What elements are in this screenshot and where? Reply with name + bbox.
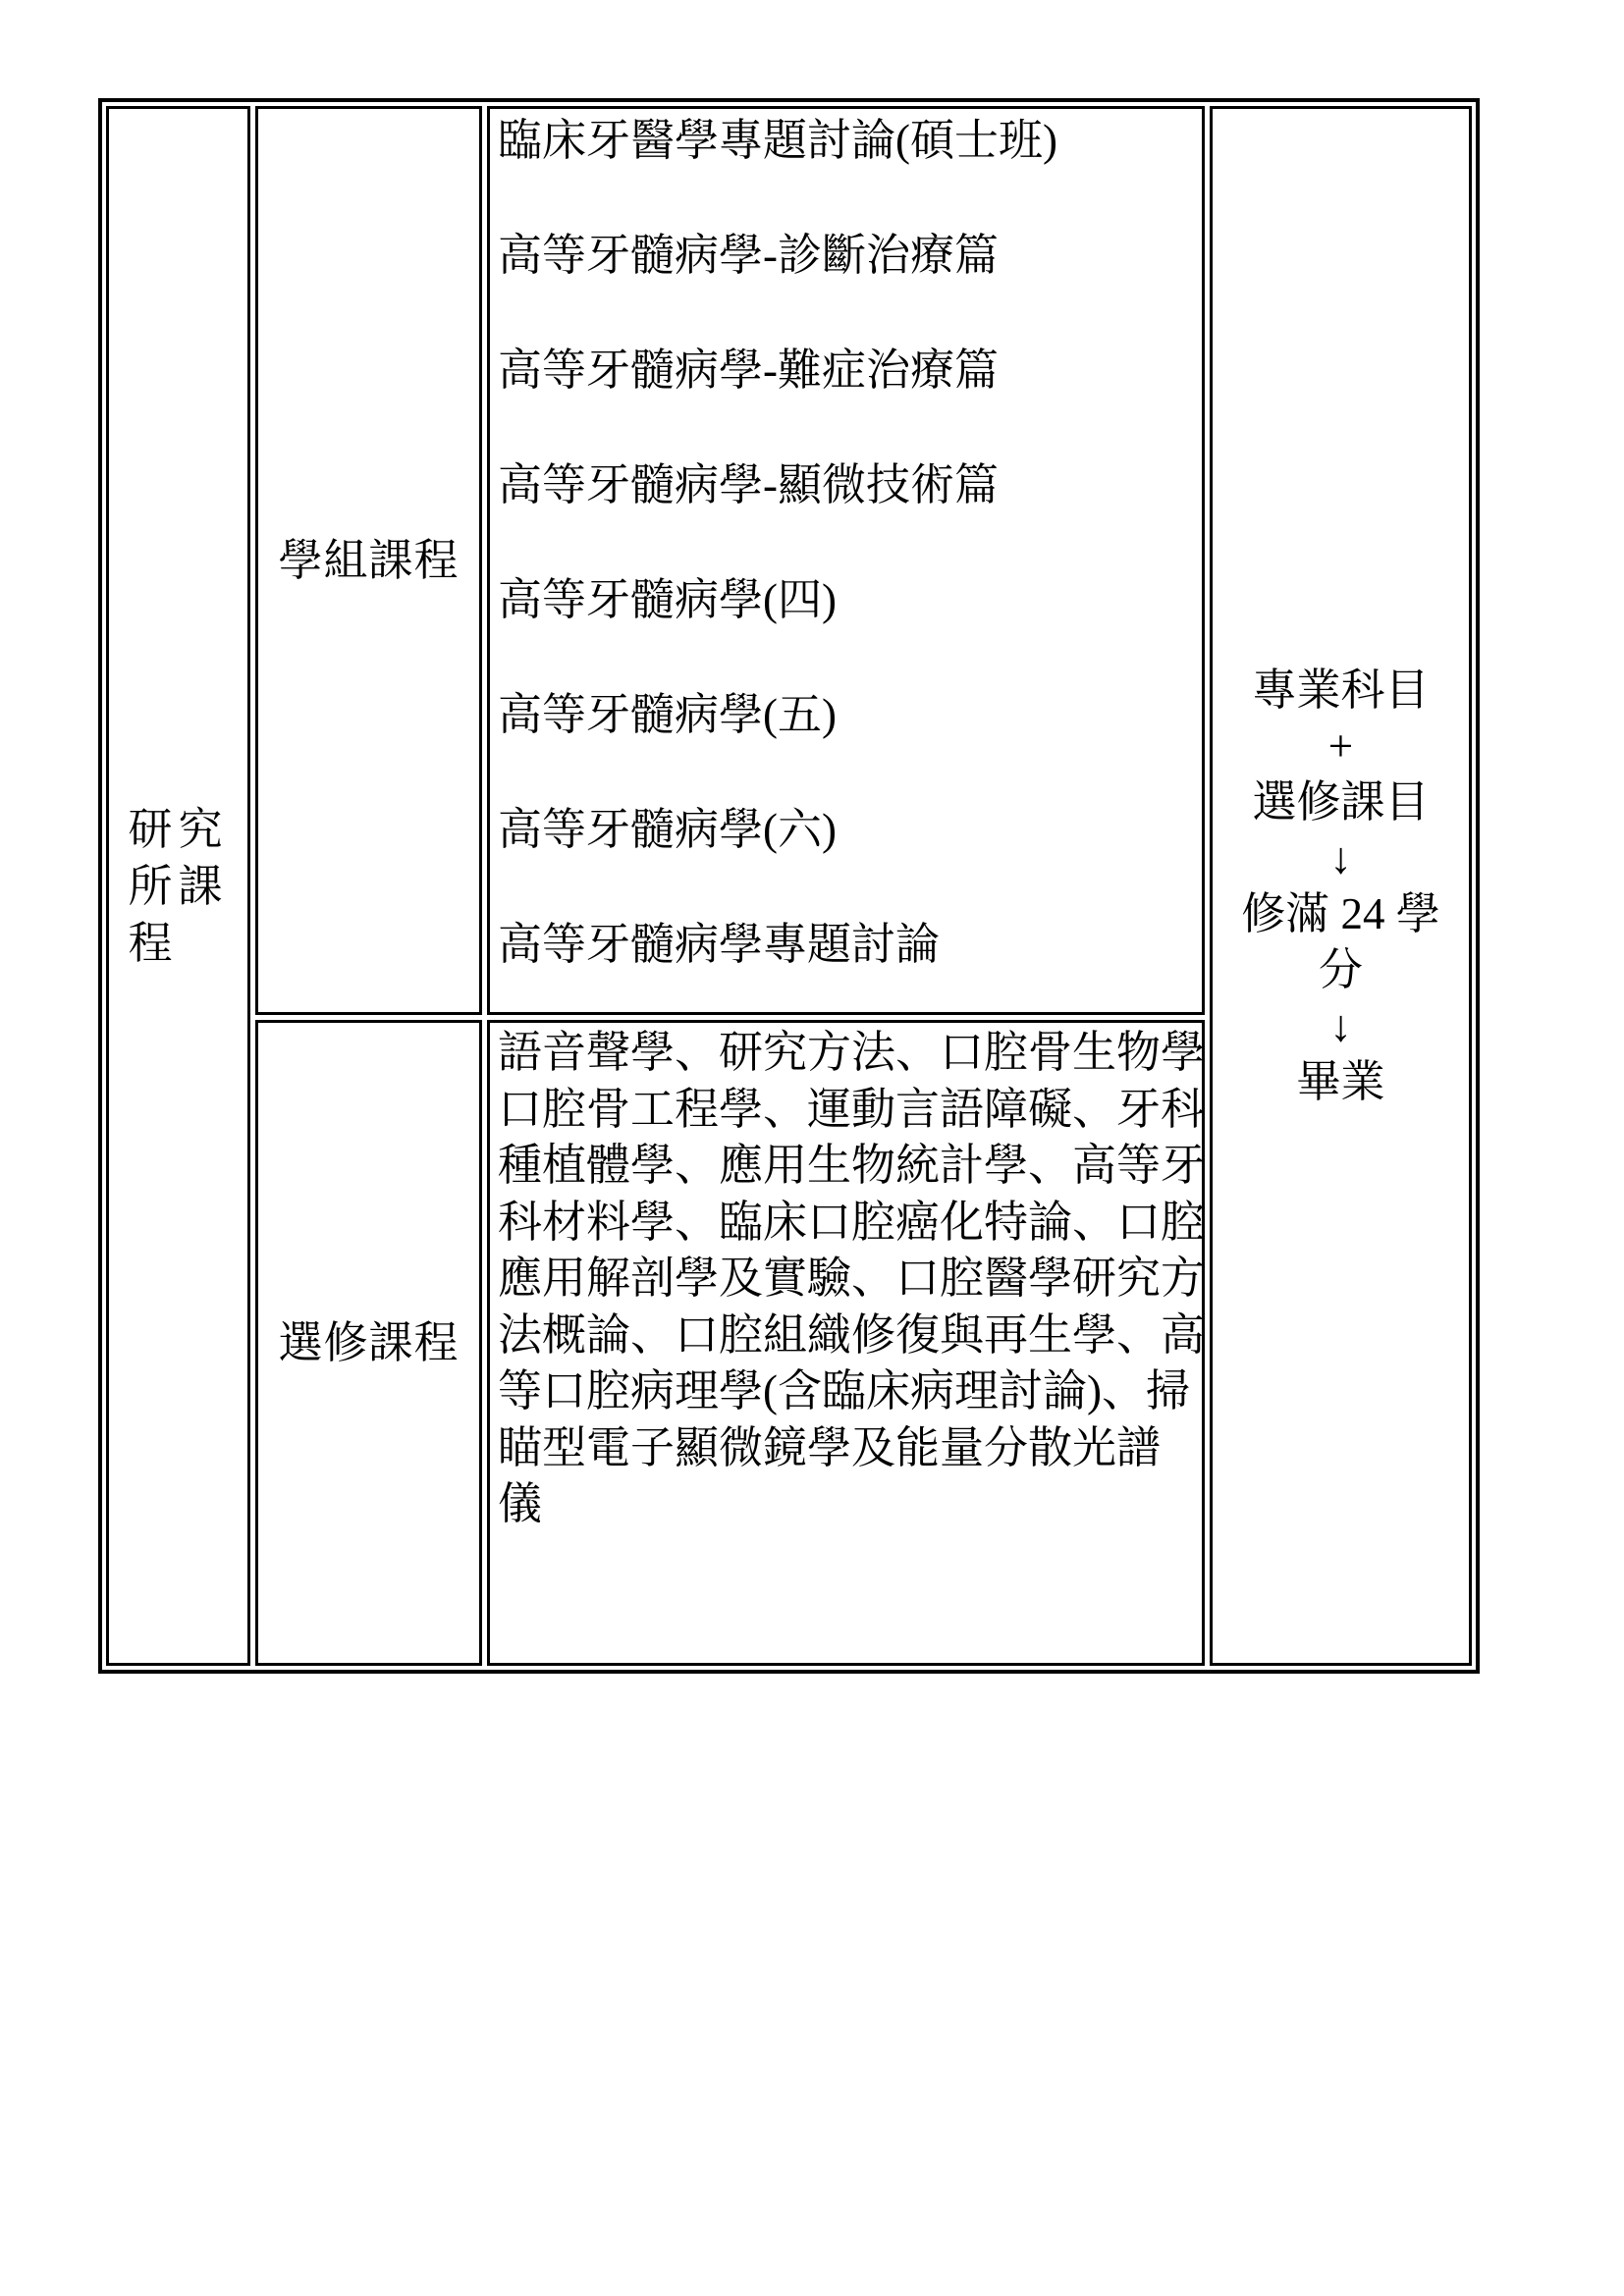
- group-course-list: 臨床牙醫學專題討論(碩士班)高等牙髓病學-診斷治療篇高等牙髓病學-難症治療篇高等…: [498, 112, 1198, 973]
- elective-text-line: 口腔骨工程學、運動言語障礙、牙科: [498, 1082, 1200, 1139]
- elective-course-text: 語音聲學、研究方法、口腔骨生物學、口腔骨工程學、運動言語障礙、牙科種植體學、應用…: [498, 1025, 1200, 1533]
- category-cell-elective-courses: 選修課程: [255, 1020, 482, 1666]
- row-group-label-line: 所課: [128, 858, 228, 915]
- requirement-flow-line: 修滿 24 學: [1241, 886, 1440, 942]
- curriculum-table: 研究所課程 學組課程 臨床牙醫學專題討論(碩士班)高等牙髓病學-診斷治療篇高等牙…: [98, 98, 1480, 1674]
- requirement-flow-line: 選修課目: [1241, 774, 1440, 830]
- course-line: 高等牙髓病學-診斷治療篇: [498, 227, 1198, 284]
- row-group-label-line: 研究: [128, 801, 228, 858]
- category-cell-group-courses: 學組課程: [255, 106, 482, 1015]
- elective-text-line: 法概論、口腔組織修復與再生學、高: [498, 1308, 1200, 1364]
- course-line: 高等牙髓病學(六): [498, 801, 1198, 858]
- elective-text-line: 瞄型電子顯微鏡學及能量分散光譜: [498, 1420, 1200, 1477]
- elective-text-line: 語音聲學、研究方法、口腔骨生物學、: [498, 1025, 1200, 1082]
- elective-course-list-cell: 語音聲學、研究方法、口腔骨生物學、口腔骨工程學、運動言語障礙、牙科種植體學、應用…: [487, 1020, 1205, 1666]
- requirement-flow-line: +: [1241, 719, 1440, 774]
- category-label-elective-courses: 選修課程: [278, 1314, 459, 1371]
- requirement-flow-line: ↓: [1241, 830, 1440, 886]
- elective-text-line: 等口腔病理學(含臨床病理討論)、掃: [498, 1363, 1200, 1420]
- row-group-label: 研究所課程: [128, 801, 228, 972]
- elective-text-line: 科材料學、臨床口腔癌化特論、口腔: [498, 1195, 1200, 1252]
- course-line: 高等牙髓病學-顯微技術篇: [498, 456, 1198, 513]
- course-line: 高等牙髓病學-難症治療篇: [498, 342, 1198, 399]
- group-course-list-cell: 臨床牙醫學專題討論(碩士班)高等牙髓病學-診斷治療篇高等牙髓病學-難症治療篇高等…: [487, 106, 1205, 1015]
- course-line: 高等牙髓病學專題討論: [498, 916, 1198, 973]
- elective-text-line: 應用解剖學及實驗、口腔醫學研究方: [498, 1251, 1200, 1308]
- elective-text-line: 種植體學、應用生物統計學、高等牙: [498, 1138, 1200, 1195]
- course-line: 臨床牙醫學專題討論(碩士班): [498, 112, 1198, 169]
- requirement-flow-line: 專業科目: [1241, 663, 1440, 719]
- requirement-flow: 專業科目+選修課目↓修滿 24 學分↓畢業: [1241, 663, 1440, 1110]
- requirement-flow-cell: 專業科目+選修課目↓修滿 24 學分↓畢業: [1210, 106, 1472, 1666]
- course-line: 高等牙髓病學(四): [498, 571, 1198, 628]
- category-label-group-courses: 學組課程: [278, 532, 459, 589]
- requirement-flow-line: 畢業: [1241, 1054, 1440, 1110]
- requirement-flow-line: ↓: [1241, 998, 1440, 1054]
- row-group-label-cell: 研究所課程: [106, 106, 250, 1666]
- row-group-label-line: 程: [128, 915, 228, 972]
- requirement-flow-line: 分: [1241, 942, 1440, 998]
- course-line: 高等牙髓病學(五): [498, 686, 1198, 743]
- elective-text-line: 儀: [498, 1476, 1200, 1533]
